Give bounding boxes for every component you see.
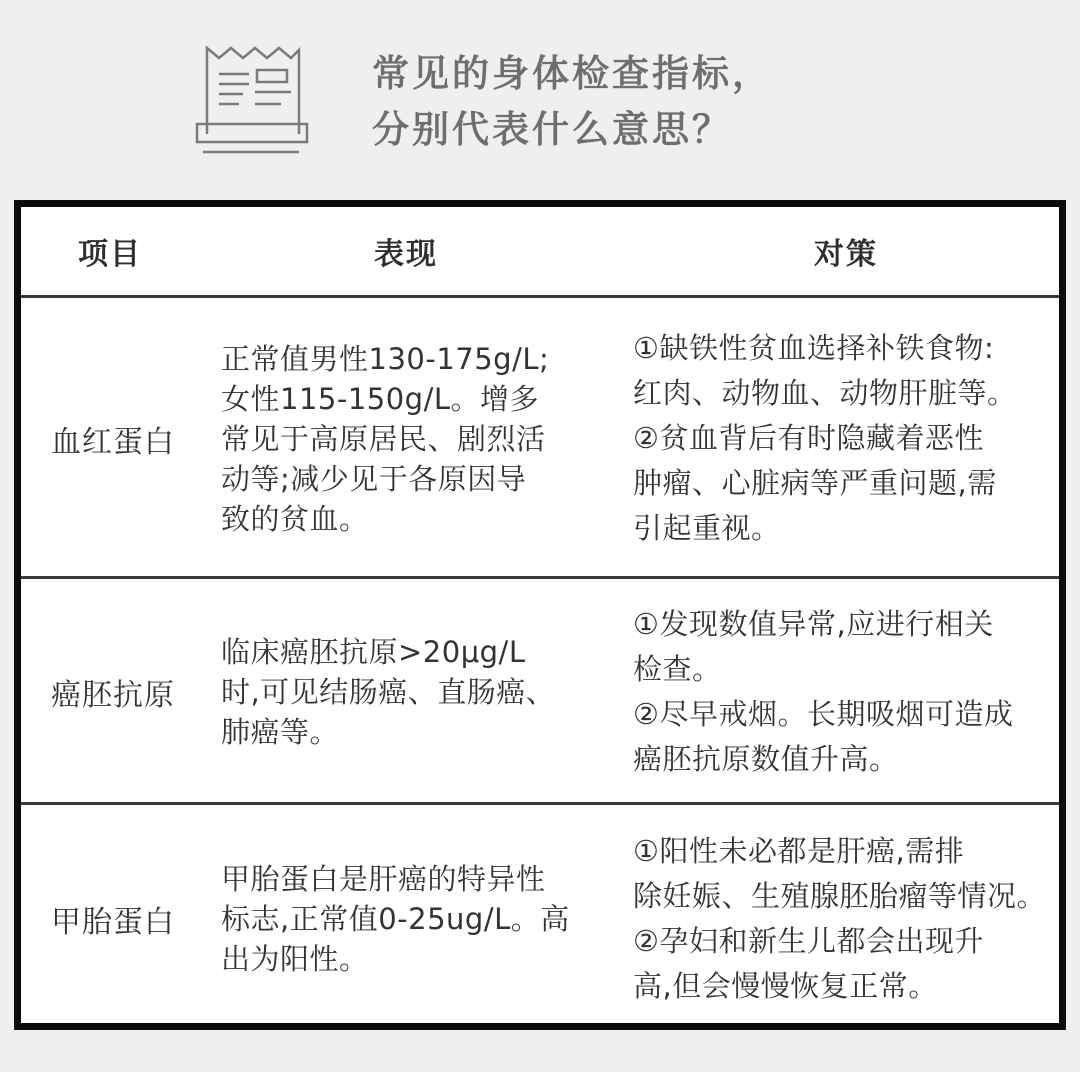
text-line: ①缺铁性贫血选择补铁食物:: [633, 326, 1017, 371]
column-header-item-label: 项目: [78, 229, 142, 273]
column-header-countermeasure: 对策: [633, 207, 1059, 295]
item-name: 甲胎蛋白: [51, 897, 211, 941]
text-line: 红肉、动物血、动物肝脏等。: [633, 371, 1017, 416]
text-line: ②尽早戒烟。长期吸烟可造成: [633, 692, 1014, 737]
column-header-item: 项目: [21, 207, 199, 295]
page-title-line-1: 常见的身体检查指标，: [372, 46, 772, 102]
text-line: 常见于高原居民、剧烈活: [221, 419, 549, 459]
column-header-manifestation: 表现: [201, 207, 611, 295]
column-header-countermeasure-label: 对策: [814, 229, 878, 273]
text-line: ②贫血背后有时隐藏着恶性: [633, 416, 1017, 461]
countermeasure-cell: ①阳性未必都是肝癌,需排 除妊娠、生殖腺胚胎瘤等情况。 ②孕妇和新生儿都会出现升…: [633, 808, 1059, 1030]
text-line: 肺癌等。: [221, 712, 555, 752]
text-line: 肿瘤、心脏病等严重问题,需: [633, 461, 1017, 506]
text-line: 正常值男性130-175g/L;: [221, 339, 549, 379]
text-line: 引起重视。: [633, 506, 1017, 551]
text-line: ①阳性未必都是肝癌,需排: [633, 829, 1046, 874]
countermeasure-cell: ①缺铁性贫血选择补铁食物: 红肉、动物血、动物肝脏等。 ②贫血背后有时隐藏着恶性…: [633, 301, 1059, 576]
item-name: 血红蛋白: [51, 417, 211, 461]
countermeasure-text: ①缺铁性贫血选择补铁食物: 红肉、动物血、动物肝脏等。 ②贫血背后有时隐藏着恶性…: [633, 326, 1017, 551]
health-indicator-table: 项目 表现 对策 血红蛋白 正常值男性130-175g/L; 女性115-150…: [14, 200, 1066, 1030]
text-line: ①发现数值异常,应进行相关: [633, 602, 1014, 647]
text-line: 致的贫血。: [221, 499, 549, 539]
text-line: 动等;减少见于各原因导: [221, 459, 549, 499]
manifestation-text: 甲胎蛋白是肝癌的特异性 标志,正常值0-25ug/L。高 出为阳性。: [221, 859, 570, 979]
text-line: 时,可见结肠癌、直肠癌、: [221, 672, 555, 712]
manifestation-cell: 正常值男性130-175g/L; 女性115-150g/L。增多 常见于高原居民…: [221, 301, 631, 576]
text-line: 标志,正常值0-25ug/L。高: [221, 899, 570, 939]
text-line: 女性115-150g/L。增多: [221, 379, 549, 419]
countermeasure-text: ①阳性未必都是肝癌,需排 除妊娠、生殖腺胚胎瘤等情况。 ②孕妇和新生儿都会出现升…: [633, 829, 1046, 1009]
page-title-line-2: 分别代表什么意思？: [372, 102, 772, 158]
text-line: 检查。: [633, 647, 1014, 692]
manifestation-cell: 临床癌胚抗原>20μg/L 时,可见结肠癌、直肠癌、 肺癌等。: [221, 582, 631, 802]
countermeasure-cell: ①发现数值异常,应进行相关 检查。 ②尽早戒烟。长期吸烟可造成 癌胚抗原数值升高…: [633, 582, 1059, 802]
text-line: 出为阳性。: [221, 939, 570, 979]
item-cell: 癌胚抗原: [21, 582, 211, 802]
column-header-manifestation-label: 表现: [374, 229, 438, 273]
text-line: ②孕妇和新生儿都会出现升: [633, 919, 1046, 964]
table-row: 甲胎蛋白 甲胎蛋白是肝癌的特异性 标志,正常值0-25ug/L。高 出为阳性。 …: [21, 808, 1059, 1030]
page-title: 常见的身体检查指标， 分别代表什么意思？: [372, 46, 772, 158]
text-line: 癌胚抗原数值升高。: [633, 737, 1014, 782]
page-header: 常见的身体检查指标， 分别代表什么意思？: [0, 0, 1080, 190]
text-line: 高,但会慢慢恢复正常。: [633, 964, 1046, 1009]
manifestation-cell: 甲胎蛋白是肝癌的特异性 标志,正常值0-25ug/L。高 出为阳性。: [221, 808, 631, 1030]
item-name: 癌胚抗原: [51, 670, 211, 714]
countermeasure-text: ①发现数值异常,应进行相关 检查。 ②尽早戒烟。长期吸烟可造成 癌胚抗原数值升高…: [633, 602, 1014, 782]
table-row: 血红蛋白 正常值男性130-175g/L; 女性115-150g/L。增多 常见…: [21, 301, 1059, 579]
table-row: 癌胚抗原 临床癌胚抗原>20μg/L 时,可见结肠癌、直肠癌、 肺癌等。 ①发现…: [21, 582, 1059, 805]
item-cell: 甲胎蛋白: [21, 808, 211, 1030]
receipt-icon: [195, 44, 311, 156]
text-line: 甲胎蛋白是肝癌的特异性: [221, 859, 570, 899]
item-cell: 血红蛋白: [21, 301, 211, 576]
text-line: 除妊娠、生殖腺胚胎瘤等情况。: [633, 874, 1046, 919]
manifestation-text: 正常值男性130-175g/L; 女性115-150g/L。增多 常见于高原居民…: [221, 339, 549, 539]
table-header-row: 项目 表现 对策: [21, 207, 1059, 298]
manifestation-text: 临床癌胚抗原>20μg/L 时,可见结肠癌、直肠癌、 肺癌等。: [221, 632, 555, 752]
text-line: 临床癌胚抗原>20μg/L: [221, 632, 555, 672]
